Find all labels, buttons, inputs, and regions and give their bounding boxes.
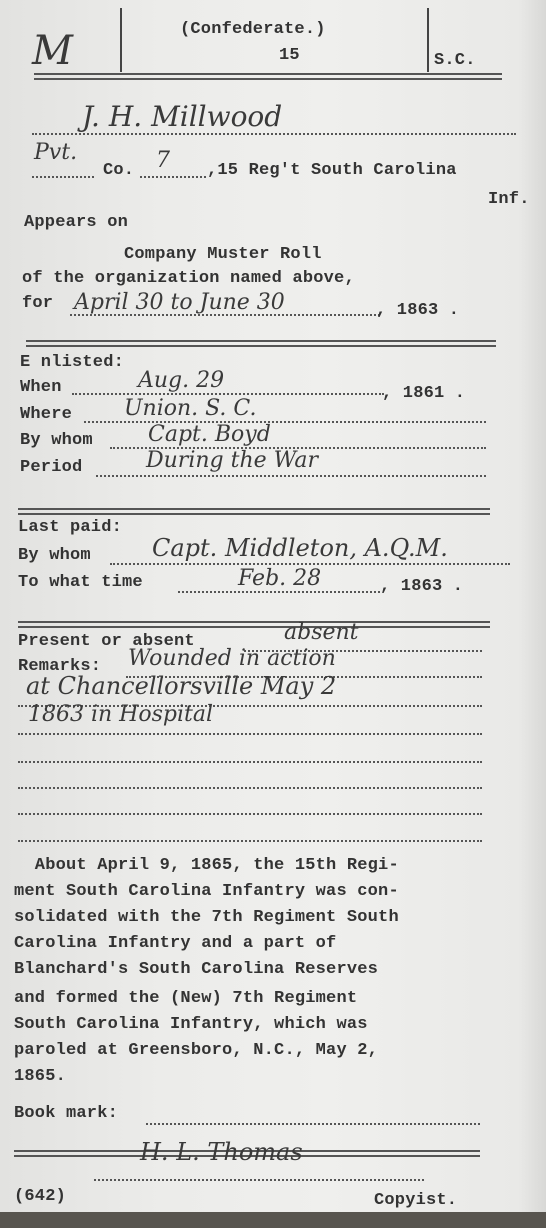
book-mark-label: Book mark: bbox=[14, 1104, 118, 1123]
enlisted-period-label: Period bbox=[20, 458, 82, 477]
note-line-3: solidated with the 7th Regiment South bbox=[14, 908, 399, 927]
paid-by-whom-label: By whom bbox=[18, 546, 91, 565]
paid-to-time-label: To what time bbox=[18, 573, 143, 592]
form-number: (642) bbox=[14, 1187, 66, 1206]
unit-text: ,15 Reg't South Carolina bbox=[207, 161, 457, 180]
roll-year: , 1863 . bbox=[376, 301, 459, 320]
name-line bbox=[32, 133, 516, 135]
note-line-1: About April 9, 1865, the 15th Regi- bbox=[14, 856, 399, 875]
present-absent-value: absent bbox=[284, 620, 359, 645]
period-value-line bbox=[96, 475, 486, 477]
enlisted-where-value: Union. S. C. bbox=[124, 396, 256, 421]
rank-line bbox=[32, 176, 94, 178]
enlisted-where-label: Where bbox=[20, 405, 72, 424]
remarks-rule-3 bbox=[18, 733, 482, 735]
section-initial: M bbox=[32, 28, 73, 74]
remarks-rule-6 bbox=[18, 813, 482, 815]
paid-to-time-value: Feb. 28 bbox=[238, 566, 321, 591]
note-line-8: paroled at Greensboro, N.C., May 2, bbox=[14, 1041, 378, 1060]
enlisted-when-year: , 1861 . bbox=[382, 384, 465, 403]
remarks-rule-7 bbox=[18, 840, 482, 842]
remarks-rule-5 bbox=[18, 787, 482, 789]
note-line-7: South Carolina Infantry, which was bbox=[14, 1015, 368, 1034]
enlisted-heading: E nlisted: bbox=[20, 353, 124, 372]
enlisted-period-value: During the War bbox=[146, 448, 318, 473]
soldier-name: J. H. Millwood bbox=[82, 100, 282, 133]
last-paid-heading: Last paid: bbox=[18, 518, 122, 537]
header-rule bbox=[34, 73, 502, 80]
remarks-line-3: 1863 in Hospital bbox=[28, 702, 213, 727]
paid-by-whom-line bbox=[110, 563, 510, 565]
note-line-6: and formed the (New) 7th Regiment bbox=[14, 989, 357, 1008]
unit-branch: Inf. bbox=[488, 190, 530, 209]
where-line bbox=[84, 421, 486, 423]
copyist-name: H. L. Thomas bbox=[140, 1138, 303, 1166]
paid-to-time-year: , 1863 . bbox=[380, 577, 463, 596]
header-divider-left bbox=[120, 8, 122, 72]
note-line-5: Blanchard's South Carolina Reserves bbox=[14, 960, 378, 979]
enlisted-by-whom-value: Capt. Boyd bbox=[148, 422, 271, 447]
copyist-line bbox=[94, 1179, 424, 1181]
scan-bottom-edge bbox=[0, 1212, 546, 1228]
when-line bbox=[72, 393, 384, 395]
muster-card: M (Confederate.) 15 S.C. J. H. Millwood … bbox=[0, 0, 546, 1212]
roll-period: April 30 to June 30 bbox=[74, 290, 285, 315]
section-rule-3 bbox=[18, 621, 490, 628]
note-line-9: 1865. bbox=[14, 1067, 66, 1086]
appears-on-label: Appears on bbox=[24, 213, 128, 232]
section-rule-1 bbox=[26, 340, 496, 347]
remarks-line-1: Wounded in action bbox=[128, 646, 336, 671]
header-divider-right bbox=[427, 8, 429, 72]
note-line-2: ment South Carolina Infantry was con- bbox=[14, 882, 399, 901]
copyist-label: Copyist. bbox=[374, 1191, 457, 1210]
army-label: (Confederate.) bbox=[180, 20, 326, 39]
enlisted-by-whom-label: By whom bbox=[20, 431, 93, 450]
to-time-line bbox=[178, 591, 380, 593]
section-rule-2 bbox=[18, 508, 490, 515]
paid-by-whom-value: Capt. Middleton, A.Q.M. bbox=[152, 534, 448, 562]
remarks-line-2: at Chancellorsville May 2 bbox=[26, 672, 336, 700]
enlisted-when-value: Aug. 29 bbox=[138, 368, 224, 393]
book-mark-line bbox=[146, 1123, 480, 1125]
enlisted-when-label: When bbox=[20, 378, 62, 397]
note-line-4: Carolina Infantry and a part of bbox=[14, 934, 336, 953]
organization-text: of the organization named above, bbox=[22, 269, 355, 288]
period-line bbox=[70, 314, 380, 316]
rank-value: Pvt. bbox=[34, 140, 77, 165]
remarks-rule-4 bbox=[18, 761, 482, 763]
company-label: Co. bbox=[103, 161, 134, 180]
state-label: S.C. bbox=[434, 51, 476, 70]
regiment-number: 15 bbox=[279, 46, 300, 65]
company-line bbox=[140, 176, 206, 178]
roll-type: Company Muster Roll bbox=[124, 245, 322, 264]
company-value: 7 bbox=[156, 148, 170, 173]
for-label: for bbox=[22, 294, 53, 313]
